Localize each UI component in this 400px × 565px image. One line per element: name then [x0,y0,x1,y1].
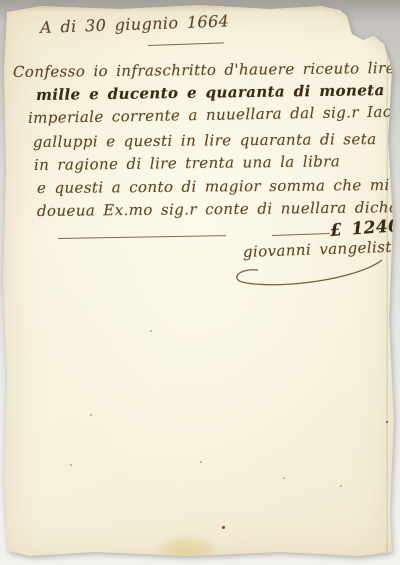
water-stain [157,536,217,563]
manuscript-photo: A di 30 giugnio 1664 Confesso io infrasc… [0,0,400,565]
ink-speck [150,330,152,332]
ink-speck [200,461,202,463]
body-line: in ragione di lire trenta una la libra [34,152,340,174]
paper-surface: A di 30 giugnio 1664 Confesso io infrasc… [0,0,400,565]
body-line: galluppi e questi in lire quaranta di se… [33,130,377,151]
ink-speck [90,414,92,416]
rust-speck [222,526,225,529]
paper-sheet: A di 30 giugnio 1664 Confesso io infrasc… [0,0,400,565]
rust-speck [386,421,388,423]
body-line: doueua Ex.mo sig.r conte di nuellara dic… [37,198,399,220]
ink-speck [70,464,72,466]
ink-speck [283,477,285,479]
signature-flourish [228,256,390,294]
body-line: e questi a conto di magior somma che mi [37,176,390,197]
ink-speck [340,485,342,487]
